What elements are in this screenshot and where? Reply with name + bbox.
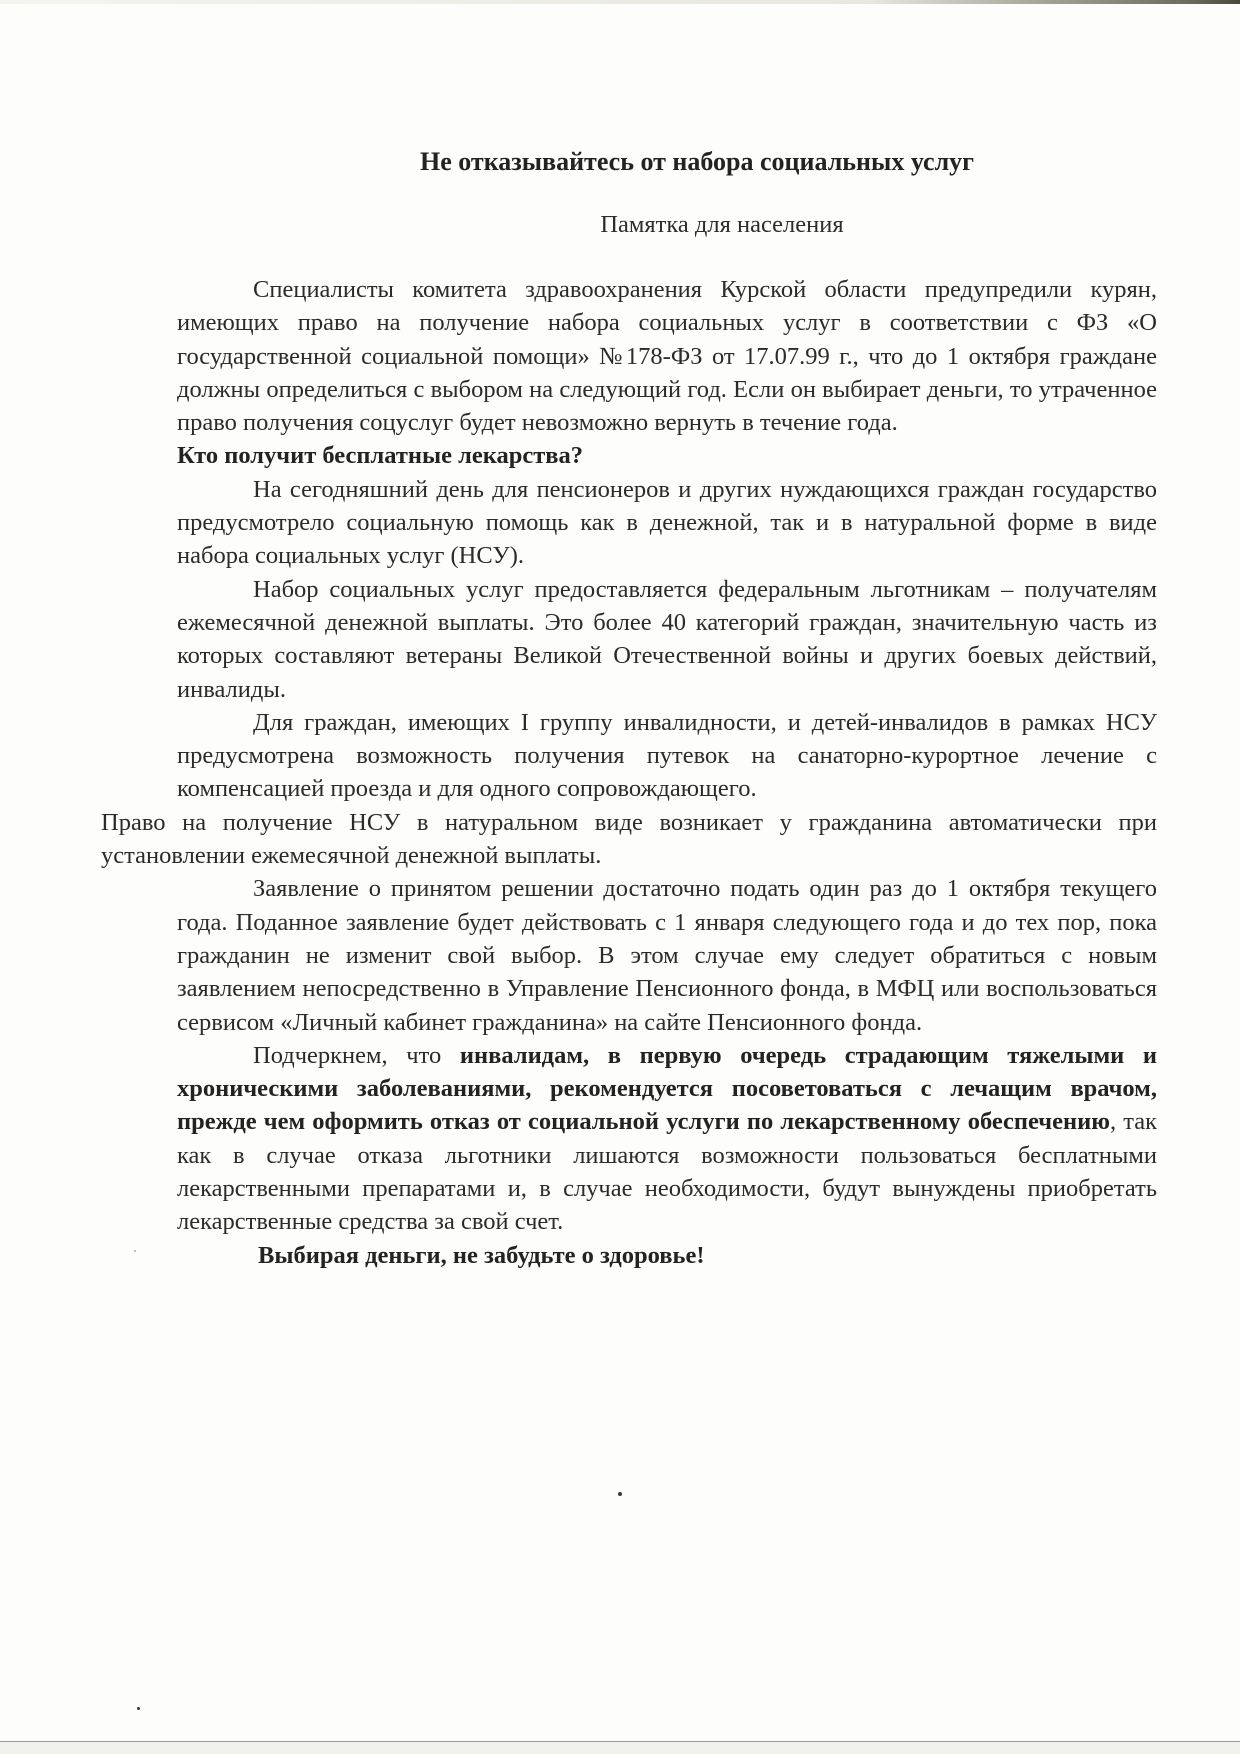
scan-speck [618,1492,622,1496]
scan-bottom-edge [0,1741,1240,1754]
document-body: Специалисты комитета здравоохранения Кур… [177,273,1157,1272]
document-title: Не отказывайтесь от набора социальных ус… [177,142,1157,182]
paragraph-application: Заявление о принятом решении достаточно … [177,872,1157,1038]
paragraph-sanatorium: Для граждан, имеющих I группу инвалиднос… [177,706,1157,872]
paragraph-social-help: На сегодняшний день для пенсионеров и др… [177,473,1157,573]
right-to-nsu-text: Право на получение НСУ в натуральном вид… [101,806,1157,873]
paragraph-beneficiaries: Набор социальных услуг предоставляется ф… [177,573,1157,706]
paragraph-intro: Специалисты комитета здравоохранения Кур… [177,273,1157,439]
paragraph-recommendation: Подчеркнем, что инвалидам, в первую очер… [177,1039,1157,1239]
document-subtitle: Памятка для населения [177,208,1157,242]
closing-slogan: Выбирая деньги, не забудьте о здоровье! [177,1239,1157,1272]
recommendation-lead: Подчеркнем, что [253,1042,460,1069]
scan-top-edge [0,0,1240,4]
section-heading: Кто получит бесплатные лекарства? [177,439,1157,472]
sanatorium-text: Для граждан, имеющих I группу инвалиднос… [177,709,1157,803]
scan-speck [137,1707,140,1710]
scan-speck [134,1250,136,1252]
document-page: Не отказывайтесь от набора социальных ус… [177,142,1157,1272]
